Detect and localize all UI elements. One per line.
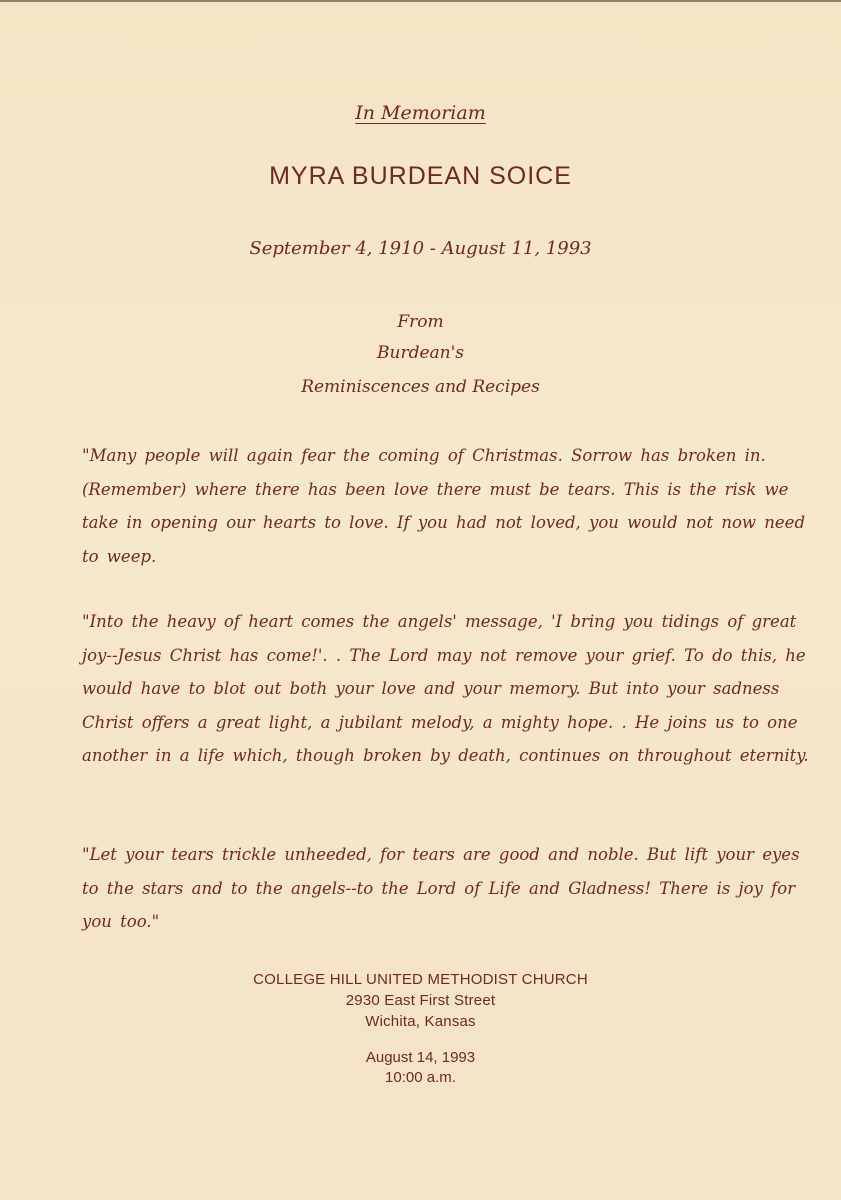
deceased-name: MYRA BURDEAN SOICE <box>0 162 841 191</box>
quote-paragraph: "Into the heavy of heart comes the angel… <box>82 605 812 773</box>
church-block: COLLEGE HILL UNITED METHODIST CHURCH 293… <box>0 969 841 1032</box>
church-address: 2930 East First Street <box>0 990 841 1011</box>
source-author: Burdean's <box>0 343 841 363</box>
memorial-page: In Memoriam MYRA BURDEAN SOICE September… <box>0 0 841 1200</box>
service-time: 10:00 a.m. <box>0 1068 841 1088</box>
service-date: August 14, 1993 <box>0 1048 841 1068</box>
source-title: Reminiscences and Recipes <box>0 377 841 397</box>
church-city: Wichita, Kansas <box>0 1011 841 1032</box>
source-from: From <box>0 312 841 332</box>
quote-paragraph: "Many people will again fear the coming … <box>82 439 812 573</box>
church-name: COLLEGE HILL UNITED METHODIST CHURCH <box>0 969 841 990</box>
in-memoriam-heading: In Memoriam <box>0 102 841 124</box>
life-dates: September 4, 1910 - August 11, 1993 <box>0 238 841 259</box>
quote-paragraph: "Let your tears trickle unheeded, for te… <box>82 838 812 939</box>
service-block: August 14, 1993 10:00 a.m. <box>0 1048 841 1088</box>
